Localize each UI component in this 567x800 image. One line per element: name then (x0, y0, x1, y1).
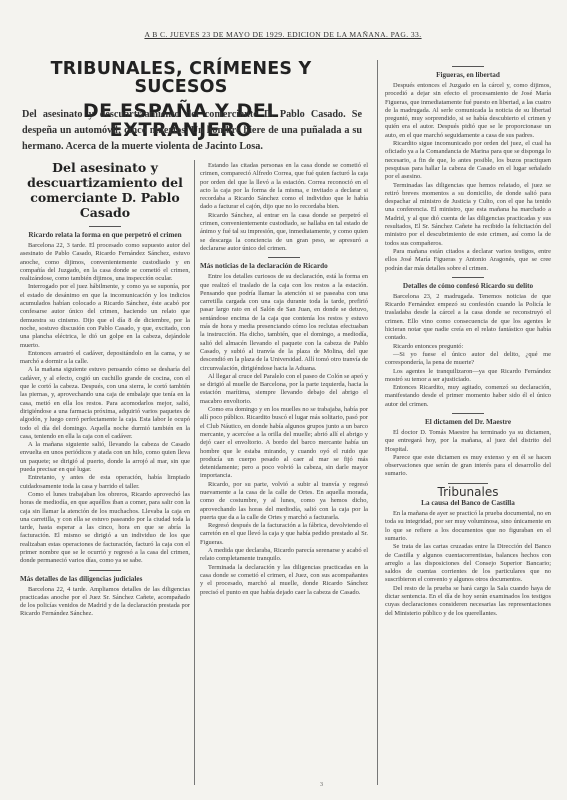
paragraph: Ricardo Sánchez, al entrar en la casa do… (200, 212, 368, 253)
paragraph: Barcelona 22, 3 tarde. El procesado como… (20, 242, 190, 283)
column-2: Estando las citadas personas en la casa … (200, 162, 368, 762)
paragraph: Como el lunes trabajaban los obreros, Ri… (20, 491, 190, 566)
paragraph: Ricardo, por su parte, volvió a subir al… (200, 481, 368, 522)
article-subhead: El dictamen del Dr. Maestre (385, 418, 551, 427)
paragraph: Entretanto, y antes de esta operación, h… (20, 474, 190, 491)
article-title: Del asesinato y descuartizamiento del co… (20, 160, 190, 220)
paragraph: Ricardo entonces preguntó: (385, 343, 551, 351)
paragraph: —Si yo fuese el único autor del delito, … (385, 351, 551, 368)
article-subhead: Figueras, en libertad (385, 71, 551, 80)
paragraph: Entonces arrastró el cadáver, depositánd… (20, 350, 190, 367)
article-subhead: La causa del Banco de Castilla (385, 499, 551, 508)
separator-rule (452, 413, 484, 414)
separator-rule (89, 226, 121, 227)
paragraph: En la mañana de ayer se practicó la prue… (385, 510, 551, 543)
paragraph: A la mañana siguiente salió, llevando la… (20, 441, 190, 474)
column-3: Figueras, en libertad Después entonces e… (385, 62, 551, 782)
separator-rule (452, 66, 484, 67)
paragraph: El doctor D. Tomás Maestre ha terminado … (385, 429, 551, 454)
paragraph: Los agentes le tranquilizaron—ya que Ric… (385, 368, 551, 385)
paragraph: A medida que declaraba, Ricardo parecía … (200, 547, 368, 564)
banner-line-1: TRIBUNALES, CRÍMENES Y SUCESOS (20, 61, 342, 96)
paragraph: Se trata de las cartas cruzadas entre la… (385, 543, 551, 584)
paragraph: Ricardito sigue incomunicado por orden d… (385, 140, 551, 181)
paragraph: Regresó después de la facturación a la f… (200, 522, 368, 547)
column-1: Del asesinato y descuartizamiento del co… (20, 160, 190, 790)
article-subhead: Ricardo relata la forma en que perpetró … (20, 231, 190, 240)
paragraph: Barcelona 23, 2 madrugada. Tenemos notic… (385, 293, 551, 343)
paragraph: Como era domingo y en los muelles no se … (200, 406, 368, 481)
paragraph: Interrogado por el juez hábilmente, y co… (20, 283, 190, 349)
paragraph: Terminada la declaración y las diligenci… (200, 564, 368, 597)
article-subhead: Más noticias de la declaración de Ricard… (200, 262, 368, 271)
paragraph: Al llegar al cruce del Paralelo con el p… (200, 373, 368, 406)
paragraph: Terminadas las diligencias que hemos rel… (385, 182, 551, 248)
paragraph: Entonces Ricardito, muy agitado, comenzó… (385, 384, 551, 409)
page-folio: 3 (320, 782, 323, 788)
separator-rule (452, 277, 484, 278)
separator-rule (268, 257, 300, 258)
paragraph: Después entonces el Juzgado en la cárcel… (385, 82, 551, 140)
paragraph: Parece que este dictamen es muy extenso … (385, 454, 551, 479)
newspaper-page: A B C. JUEVES 23 DE MAYO DE 1929. EDICIO… (0, 0, 567, 800)
paragraph: Del resto de la prueba se hará cargo la … (385, 585, 551, 618)
column-divider (194, 160, 195, 785)
separator-rule (89, 570, 121, 571)
paragraph: Entre los detalles curiosos de su declar… (200, 273, 368, 373)
section-title-tribunales: Tribunales (385, 488, 551, 496)
article-subhead: Más detalles de las diligencias judicial… (20, 575, 190, 584)
column-divider (377, 60, 378, 785)
summary-deck: Del asesinato y descuartizamiento del co… (22, 107, 362, 155)
paragraph: Para mañana están citados a declarar var… (385, 248, 551, 273)
paragraph: A la mañana siguiente estuvo pensando có… (20, 366, 190, 441)
paragraph: Barcelona 22, 4 tarde. Ampliamos detalle… (20, 586, 190, 619)
running-head: A B C. JUEVES 23 DE MAYO DE 1929. EDICIO… (78, 30, 488, 39)
article-subhead: Detalles de cómo confesó Ricardo su deli… (385, 282, 551, 291)
paragraph: Estando las citadas personas en la casa … (200, 162, 368, 212)
separator-rule (448, 483, 488, 484)
